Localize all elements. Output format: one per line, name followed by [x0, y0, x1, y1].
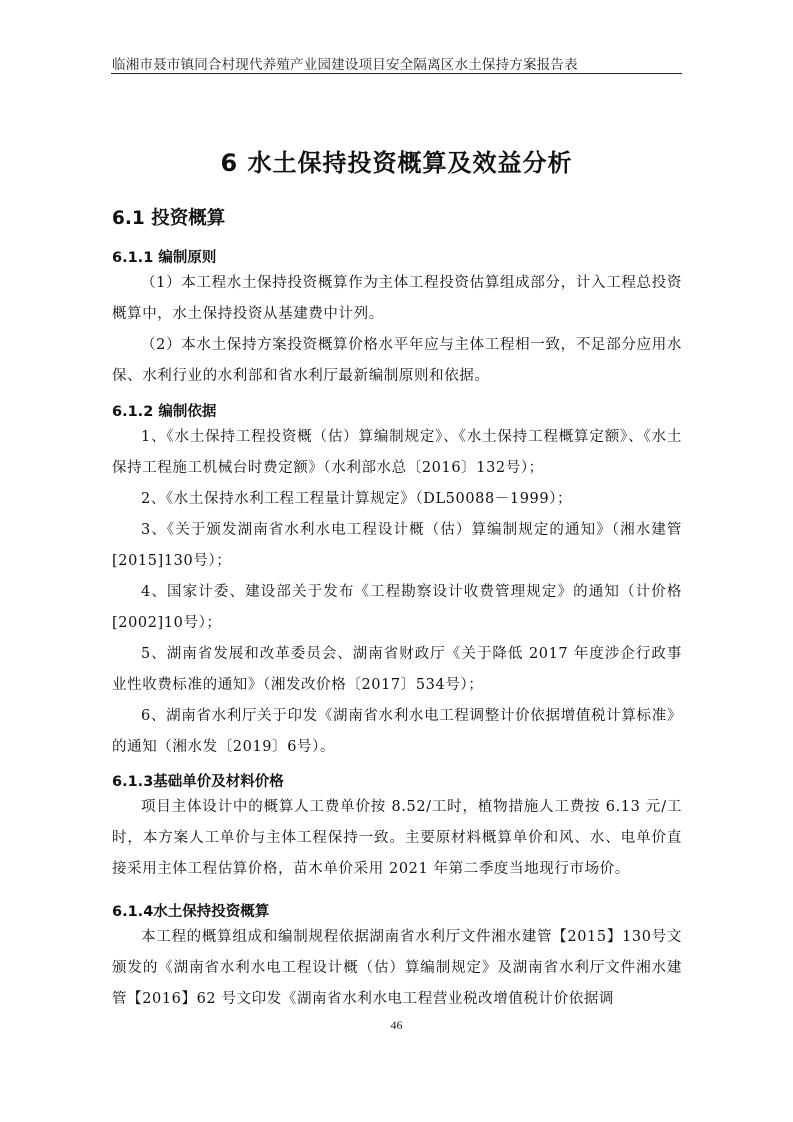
page-number: 46	[0, 1018, 793, 1033]
paragraph: 3、《关于颁发湖南省水利水电工程设计概（估）算编制规定的通知》（湘水建管[201…	[112, 515, 682, 577]
paragraph: 6、湖南省水利厅关于印发《湖南省水利水电工程调整计价依据增值税计算标准》的通知（…	[112, 701, 682, 763]
subsection-title-6-1-3: 6.1.3基础单价及材料价格	[112, 770, 284, 791]
section-title: 6.1 投资概算	[112, 204, 225, 230]
paragraph: 本工程的概算组成和编制规程依据湖南省水利厅文件湘水建管【2015】130号文颁发…	[112, 922, 682, 1015]
header-rule	[111, 73, 682, 74]
paragraph: 5、湖南省发展和改革委员会、湖南省财政厅《关于降低 2017 年度涉企行政事业性…	[112, 639, 682, 701]
subsection-title-6-1-2: 6.1.2 编制依据	[112, 400, 216, 421]
running-header: 临湘市聂市镇同合村现代养殖产业园建设项目安全隔离区水土保持方案报告表	[112, 53, 578, 73]
paragraph: （1）本工程水土保持投资概算作为主体工程投资估算组成部分，计入工程总投资概算中，…	[112, 268, 682, 330]
subsection-title-6-1-1: 6.1.1 编制原则	[112, 246, 216, 267]
paragraph: 2、《水土保持水利工程工程量计算规定》（DL50088－1999）；	[112, 484, 682, 515]
chapter-title: 6 水土保持投资概算及效益分析	[0, 143, 793, 178]
subsection-title-6-1-4: 6.1.4水土保持投资概算	[112, 900, 269, 921]
paragraph: 4、国家计委、建设部关于发布《工程勘察设计收费管理规定》的通知（计价格 [200…	[112, 577, 682, 639]
paragraph: 项目主体设计中的概算人工费单价按 8.52/工时，植物措施人工费按 6.13 元…	[112, 792, 682, 885]
paragraph: 1、《水土保持工程投资概（估）算编制规定》、《水土保持工程概算定额》、《水土保持…	[112, 422, 682, 484]
paragraph: （2）本水土保持方案投资概算价格水平年应与主体工程相一致，不足部分应用水保、水利…	[112, 330, 682, 392]
